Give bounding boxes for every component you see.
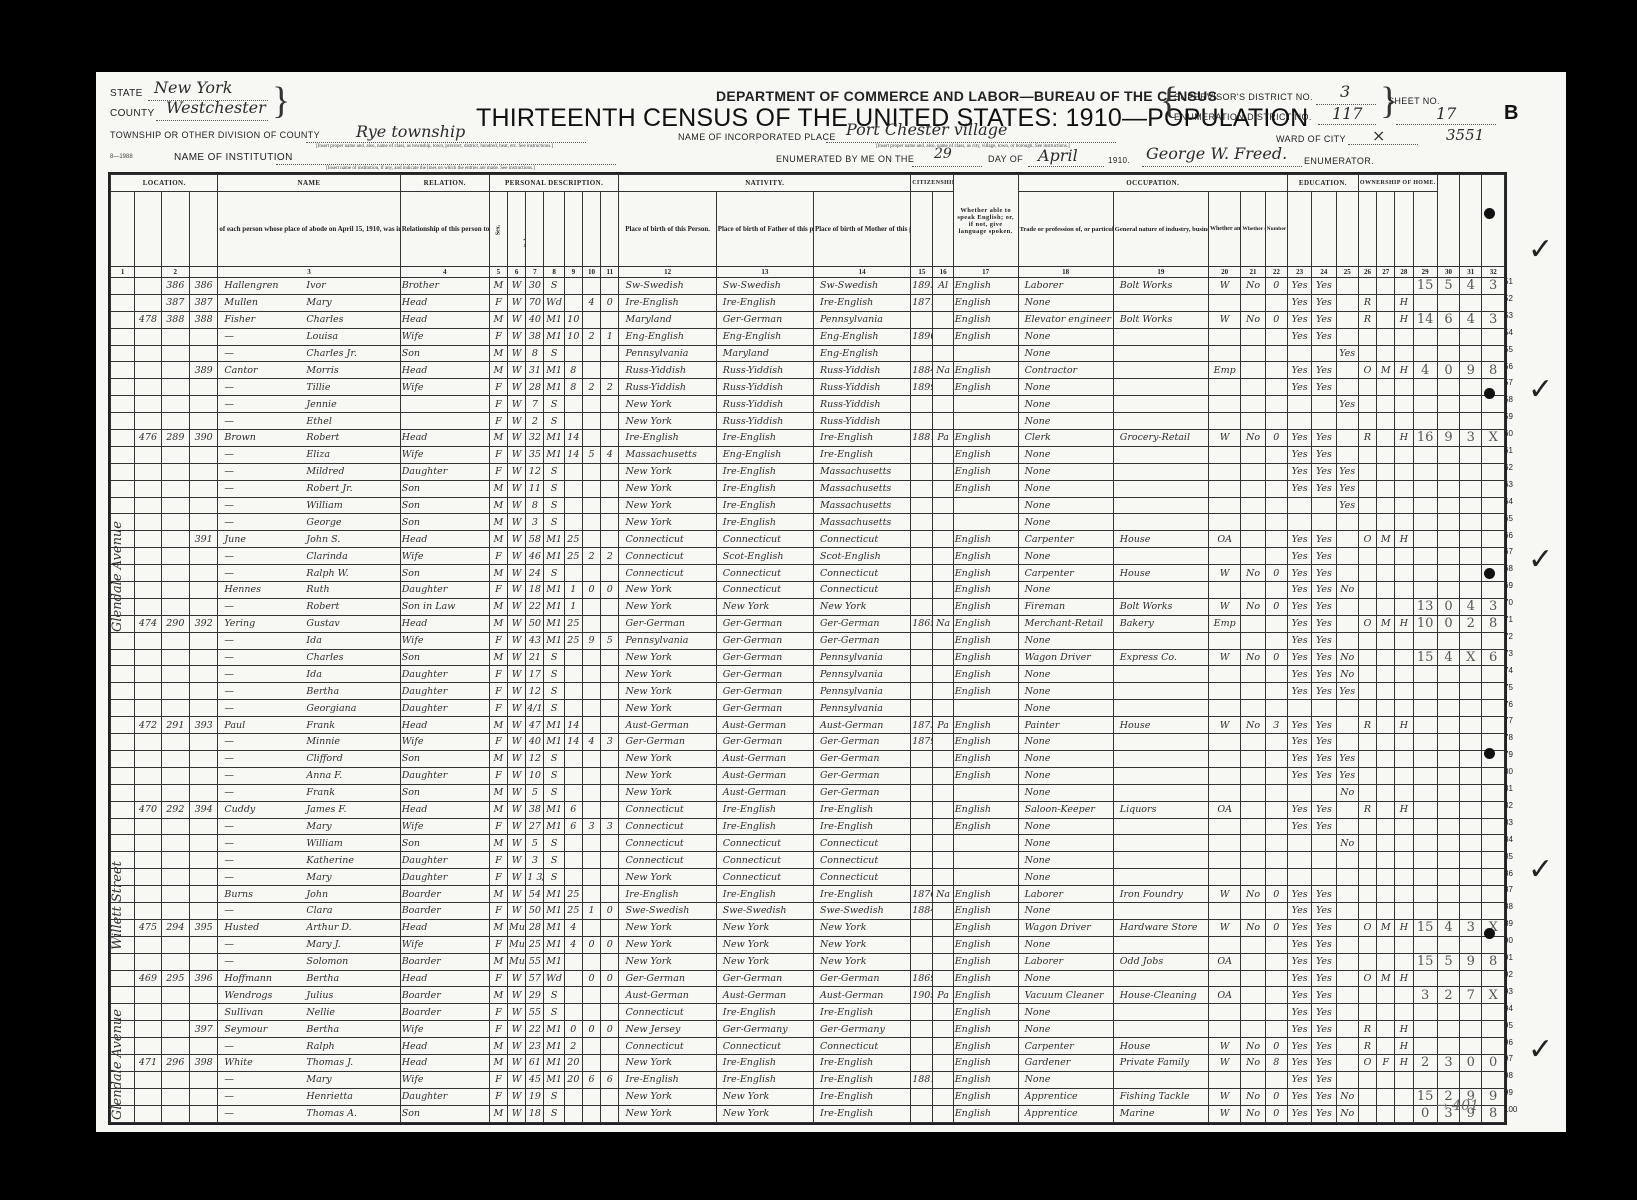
owned-rented-cell bbox=[1358, 328, 1376, 345]
code-cell: 6 bbox=[1437, 311, 1459, 328]
language-cell: English bbox=[953, 886, 1018, 903]
relation-cell: Wife bbox=[400, 379, 489, 396]
children-living-cell: 6 bbox=[601, 1071, 619, 1088]
surname: — bbox=[224, 787, 306, 798]
table-row: 469295396HoffmannBerthaHeadFW57Wd00Ger-G… bbox=[111, 970, 1505, 987]
relation-cell: Head bbox=[400, 531, 489, 548]
weeks-out-cell bbox=[1265, 869, 1287, 886]
code-cell bbox=[1437, 1004, 1459, 1021]
read-cell bbox=[1287, 852, 1311, 869]
relation-cell bbox=[400, 396, 489, 413]
naturalization-cell: Pa bbox=[933, 430, 953, 447]
street-cell bbox=[111, 767, 135, 784]
school-cell bbox=[1336, 970, 1358, 987]
given-name: Mary bbox=[306, 821, 331, 832]
free-mortgaged-cell bbox=[1377, 902, 1395, 919]
person-name-cell: —Mary bbox=[218, 818, 400, 835]
school-cell: Yes bbox=[1336, 683, 1358, 700]
children-born-cell bbox=[582, 615, 600, 632]
immigration-year-cell bbox=[911, 649, 933, 666]
write-cell: Yes bbox=[1312, 480, 1336, 497]
naturalization-cell bbox=[933, 953, 953, 970]
person-name-cell: —Ralph bbox=[218, 1038, 400, 1055]
school-cell bbox=[1336, 953, 1358, 970]
birthplace-cell: New York bbox=[619, 936, 716, 953]
father-birthplace-cell: Russ-Yiddish bbox=[716, 379, 813, 396]
children-living-cell bbox=[601, 767, 619, 784]
farm-house-cell: H bbox=[1395, 1054, 1413, 1071]
weeks-out-cell bbox=[1265, 531, 1287, 548]
house-number-cell bbox=[135, 750, 161, 767]
language-cell: English bbox=[953, 734, 1018, 751]
sex-cell: F bbox=[489, 1071, 507, 1088]
given-name: Anna F. bbox=[306, 770, 342, 781]
code-cell bbox=[1413, 784, 1437, 801]
naturalization-cell bbox=[933, 294, 953, 311]
code-cell bbox=[1482, 548, 1505, 565]
given-name: Charles Jr. bbox=[306, 348, 356, 359]
birthplace-cell: Ire-English bbox=[619, 430, 716, 447]
code-cell bbox=[1482, 463, 1505, 480]
dwelling-number-cell bbox=[161, 987, 189, 1004]
write-cell: Yes bbox=[1312, 953, 1336, 970]
header-street: Street, avenue, road, etc. bbox=[111, 192, 135, 267]
naturalization-cell bbox=[933, 936, 953, 953]
language-cell: English bbox=[953, 953, 1018, 970]
line-number: 89 bbox=[1504, 919, 1513, 928]
race-cell: W bbox=[508, 818, 526, 835]
mother-birthplace-cell: Ger-German bbox=[813, 615, 910, 632]
code-cell bbox=[1460, 396, 1482, 413]
relation-cell: Boarder bbox=[400, 886, 489, 903]
farm-house-cell: H bbox=[1395, 615, 1413, 632]
sex-cell: F bbox=[489, 700, 507, 717]
code-cell bbox=[1437, 1038, 1459, 1055]
table-row: —MaryDaughterFW1 3/12SNew YorkConnecticu… bbox=[111, 869, 1505, 886]
years-married-cell bbox=[564, 413, 582, 430]
naturalization-cell bbox=[933, 497, 953, 514]
naturalization-cell bbox=[933, 1038, 953, 1055]
father-birthplace-cell: New York bbox=[716, 953, 813, 970]
given-name: Tillie bbox=[306, 382, 330, 393]
years-married-cell: 20 bbox=[564, 1054, 582, 1071]
out-of-work-cell bbox=[1241, 750, 1265, 767]
marital-status-cell: M1 bbox=[544, 1021, 564, 1038]
relation-cell: Head bbox=[400, 362, 489, 379]
children-born-cell bbox=[582, 987, 600, 1004]
ward-label: Ward of city bbox=[1276, 134, 1346, 144]
relation-cell: Wife bbox=[400, 818, 489, 835]
read-cell: Yes bbox=[1287, 767, 1311, 784]
check-mark-icon: ✓ bbox=[1528, 542, 1553, 577]
column-number: 28 bbox=[1395, 267, 1413, 278]
birthplace-cell: Ger-German bbox=[619, 734, 716, 751]
out-of-work-cell: No bbox=[1241, 311, 1265, 328]
code-cell bbox=[1482, 413, 1505, 430]
language-cell bbox=[953, 869, 1018, 886]
enumerator-name: George W. Freed. bbox=[1146, 144, 1287, 163]
birthplace-cell: New Jersey bbox=[619, 1021, 716, 1038]
owned-rented-cell bbox=[1358, 632, 1376, 649]
house-number-cell bbox=[135, 446, 161, 463]
immigration-year-cell bbox=[911, 480, 933, 497]
line-number: 81 bbox=[1504, 784, 1513, 793]
line-number: 86 bbox=[1504, 869, 1513, 878]
read-cell: Yes bbox=[1287, 987, 1311, 1004]
weeks-out-cell: 0 bbox=[1265, 919, 1287, 936]
immigration-year-cell bbox=[911, 666, 933, 683]
out-of-work-cell bbox=[1241, 362, 1265, 379]
given-name: Louisa bbox=[306, 331, 338, 342]
children-living-cell bbox=[601, 598, 619, 615]
surname: Hennes bbox=[224, 584, 306, 595]
column-number: 20 bbox=[1208, 267, 1240, 278]
line-number: 61 bbox=[1504, 446, 1513, 455]
sex-cell: F bbox=[489, 970, 507, 987]
header-relation-desc: Relationship of this person to the head … bbox=[400, 192, 489, 267]
code-cell: 4 bbox=[1437, 919, 1459, 936]
given-name: Mary J. bbox=[306, 939, 340, 950]
age-cell: 30 bbox=[526, 278, 544, 295]
code-cell bbox=[1437, 835, 1459, 852]
trade-cell: None bbox=[1018, 869, 1113, 886]
dwelling-number-cell bbox=[161, 852, 189, 869]
birthplace-cell: New York bbox=[619, 666, 716, 683]
house-number-cell: 469 bbox=[135, 970, 161, 987]
children-born-cell bbox=[582, 717, 600, 734]
industry-cell bbox=[1113, 852, 1208, 869]
children-born-cell: 3 bbox=[582, 818, 600, 835]
language-cell: English bbox=[953, 598, 1018, 615]
read-cell: Yes bbox=[1287, 379, 1311, 396]
farm-house-cell bbox=[1395, 953, 1413, 970]
weeks-out-cell bbox=[1265, 446, 1287, 463]
owned-rented-cell bbox=[1358, 953, 1376, 970]
children-living-cell bbox=[601, 362, 619, 379]
father-birthplace-cell: Aust-German bbox=[716, 750, 813, 767]
line-number: 74 bbox=[1504, 666, 1513, 675]
relation-cell: Son bbox=[400, 497, 489, 514]
code-cell bbox=[1413, 294, 1437, 311]
line-number: 92 bbox=[1504, 970, 1513, 979]
weeks-out-cell: 0 bbox=[1265, 278, 1287, 295]
language-cell: English bbox=[953, 683, 1018, 700]
mother-birthplace-cell: Connecticut bbox=[813, 835, 910, 852]
father-birthplace-cell: Connecticut bbox=[716, 869, 813, 886]
given-name: Frank bbox=[306, 720, 335, 731]
employment-class-cell: OA bbox=[1208, 987, 1240, 1004]
sex-cell: M bbox=[489, 784, 507, 801]
code-cell bbox=[1482, 852, 1505, 869]
column-number: 14 bbox=[813, 267, 910, 278]
trade-cell: None bbox=[1018, 700, 1113, 717]
out-of-work-cell bbox=[1241, 294, 1265, 311]
birthplace-cell: Ire-English bbox=[619, 294, 716, 311]
mother-birthplace-cell: Connecticut bbox=[813, 852, 910, 869]
house-number-cell bbox=[135, 869, 161, 886]
read-cell: Yes bbox=[1287, 953, 1311, 970]
age-cell: 22 bbox=[526, 1021, 544, 1038]
header-age: Age at last birthday. bbox=[526, 192, 544, 267]
family-number-cell: 387 bbox=[189, 294, 217, 311]
write-cell: Yes bbox=[1312, 446, 1336, 463]
immigration-year-cell: 1905 bbox=[911, 987, 933, 1004]
code-cell bbox=[1413, 1021, 1437, 1038]
trade-cell: None bbox=[1018, 767, 1113, 784]
father-birthplace-cell: New York bbox=[716, 1088, 813, 1105]
father-birthplace-cell: Scot-English bbox=[716, 548, 813, 565]
relation-cell: Son in Law bbox=[400, 598, 489, 615]
house-number-cell bbox=[135, 886, 161, 903]
trade-cell: Clerk bbox=[1018, 430, 1113, 447]
children-living-cell bbox=[601, 1004, 619, 1021]
dwelling-number-cell: 290 bbox=[161, 615, 189, 632]
surname: June bbox=[224, 534, 306, 545]
owned-rented-cell bbox=[1358, 582, 1376, 599]
industry-cell bbox=[1113, 683, 1208, 700]
industry-cell bbox=[1113, 750, 1208, 767]
out-of-work-cell bbox=[1241, 818, 1265, 835]
dwelling-number-cell: 296 bbox=[161, 1054, 189, 1071]
person-name-cell: CantorMorris bbox=[218, 362, 400, 379]
code-cell bbox=[1460, 379, 1482, 396]
age-cell: 1 3/12 bbox=[526, 869, 544, 886]
given-name: Charles bbox=[306, 652, 343, 663]
header-read: Whether able to read. bbox=[1287, 192, 1311, 267]
free-mortgaged-cell bbox=[1377, 446, 1395, 463]
write-cell bbox=[1312, 869, 1336, 886]
read-cell: Yes bbox=[1287, 531, 1311, 548]
write-cell: Yes bbox=[1312, 311, 1336, 328]
column-number: 8 bbox=[544, 267, 564, 278]
race-cell: W bbox=[508, 1004, 526, 1021]
immigration-year-cell bbox=[911, 1088, 933, 1105]
language-cell bbox=[953, 700, 1018, 717]
years-married-cell: 14 bbox=[564, 446, 582, 463]
code-cell bbox=[1460, 294, 1482, 311]
free-mortgaged-cell bbox=[1377, 497, 1395, 514]
mother-birthplace-cell: Aust-German bbox=[813, 717, 910, 734]
given-name: Nellie bbox=[306, 1007, 335, 1018]
write-cell: Yes bbox=[1312, 683, 1336, 700]
immigration-year-cell bbox=[911, 801, 933, 818]
family-number-cell bbox=[189, 514, 217, 531]
given-name: John S. bbox=[306, 534, 340, 545]
header-blind: Whether blind (both eyes). bbox=[1460, 175, 1482, 267]
surname: — bbox=[224, 466, 306, 477]
weeks-out-cell: 0 bbox=[1265, 1038, 1287, 1055]
sex-cell: F bbox=[489, 548, 507, 565]
children-born-cell bbox=[582, 598, 600, 615]
table-row: —Mary J.WifeFMu25M1400New YorkNew YorkNe… bbox=[111, 936, 1505, 953]
column-number: 13 bbox=[716, 267, 813, 278]
children-born-cell: 0 bbox=[582, 1021, 600, 1038]
race-cell: W bbox=[508, 328, 526, 345]
sex-cell: M bbox=[489, 345, 507, 362]
industry-cell: Fishing Tackle bbox=[1113, 1088, 1208, 1105]
mother-birthplace-cell: Pennsylvania bbox=[813, 666, 910, 683]
language-cell: English bbox=[953, 666, 1018, 683]
language-cell bbox=[953, 852, 1018, 869]
children-born-cell: 2 bbox=[582, 328, 600, 345]
punch-hole bbox=[1484, 388, 1495, 399]
census-table: LOCATION. NAME RELATION. PERSONAL DESCRI… bbox=[110, 174, 1505, 1123]
employment-class-cell bbox=[1208, 328, 1240, 345]
school-cell bbox=[1336, 362, 1358, 379]
institution-note: [Insert name of institution, if any, and… bbox=[326, 166, 535, 171]
naturalization-cell: Al bbox=[933, 278, 953, 295]
years-married-cell bbox=[564, 750, 582, 767]
house-number-cell bbox=[135, 497, 161, 514]
table-row: 471296398WhiteThomas J.HeadMW61M120New Y… bbox=[111, 1054, 1505, 1071]
trade-cell: None bbox=[1018, 683, 1113, 700]
given-name: Ivor bbox=[306, 280, 325, 291]
school-cell bbox=[1336, 1038, 1358, 1055]
weeks-out-cell bbox=[1265, 294, 1287, 311]
code-cell bbox=[1437, 936, 1459, 953]
column-number: 7 bbox=[526, 267, 544, 278]
relation-cell: Daughter bbox=[400, 1088, 489, 1105]
language-cell: English bbox=[953, 1088, 1018, 1105]
dwelling-number-cell: 289 bbox=[161, 430, 189, 447]
code-cell: 9 bbox=[1482, 1088, 1505, 1105]
code-cell bbox=[1413, 869, 1437, 886]
surname: — bbox=[224, 939, 306, 950]
house-number-cell bbox=[135, 294, 161, 311]
school-cell bbox=[1336, 514, 1358, 531]
farm-house-cell: H bbox=[1395, 1038, 1413, 1055]
write-cell: Yes bbox=[1312, 801, 1336, 818]
school-cell: Yes bbox=[1336, 750, 1358, 767]
father-birthplace-cell: Ire-English bbox=[716, 480, 813, 497]
out-of-work-cell: No bbox=[1241, 1088, 1265, 1105]
read-cell bbox=[1287, 835, 1311, 852]
read-cell: Yes bbox=[1287, 734, 1311, 751]
years-married-cell: 8 bbox=[564, 362, 582, 379]
industry-cell: House bbox=[1113, 1038, 1208, 1055]
write-cell: Yes bbox=[1312, 750, 1336, 767]
children-living-cell: 0 bbox=[601, 1021, 619, 1038]
table-row: —IdaDaughterFW17SNew YorkGer-GermanPenns… bbox=[111, 666, 1505, 683]
immigration-year-cell: 1865 bbox=[911, 615, 933, 632]
sex-cell: F bbox=[489, 1021, 507, 1038]
street-cell bbox=[111, 970, 135, 987]
children-living-cell bbox=[601, 717, 619, 734]
surname: — bbox=[224, 1041, 306, 1052]
sex-cell: F bbox=[489, 869, 507, 886]
owned-rented-cell: R bbox=[1358, 717, 1376, 734]
code-cell bbox=[1482, 717, 1505, 734]
line-number: 64 bbox=[1504, 497, 1513, 506]
age-cell: 45 bbox=[526, 1071, 544, 1088]
code-cell bbox=[1460, 1071, 1482, 1088]
years-married-cell: 14 bbox=[564, 717, 582, 734]
relation-cell: Son bbox=[400, 1105, 489, 1122]
owned-rented-cell bbox=[1358, 480, 1376, 497]
age-cell: 11 bbox=[526, 480, 544, 497]
code-cell bbox=[1413, 446, 1437, 463]
mother-birthplace-cell: Ire-English bbox=[813, 430, 910, 447]
code-cell bbox=[1413, 683, 1437, 700]
surname: — bbox=[224, 483, 306, 494]
children-born-cell bbox=[582, 666, 600, 683]
mother-birthplace-cell: Ire-English bbox=[813, 446, 910, 463]
marital-status-cell: S bbox=[544, 683, 564, 700]
children-living-cell: 3 bbox=[601, 734, 619, 751]
years-married-cell: 1 bbox=[564, 598, 582, 615]
free-mortgaged-cell bbox=[1377, 1071, 1395, 1088]
family-number-cell bbox=[189, 1038, 217, 1055]
naturalization-cell bbox=[933, 379, 953, 396]
race-cell: W bbox=[508, 1105, 526, 1122]
naturalization-cell bbox=[933, 345, 953, 362]
mother-birthplace-cell: Ire-English bbox=[813, 294, 910, 311]
write-cell: Yes bbox=[1312, 1054, 1336, 1071]
read-cell: Yes bbox=[1287, 362, 1311, 379]
years-married-cell: 25 bbox=[564, 548, 582, 565]
children-living-cell bbox=[601, 1105, 619, 1122]
person-name-cell: —Tillie bbox=[218, 379, 400, 396]
farm-house-cell: H bbox=[1395, 531, 1413, 548]
age-cell: 10 bbox=[526, 767, 544, 784]
marital-status-cell: M1 bbox=[544, 379, 564, 396]
mother-birthplace-cell: Sw-Swedish bbox=[813, 278, 910, 295]
school-cell bbox=[1336, 446, 1358, 463]
mother-birthplace-cell: Ger-German bbox=[813, 750, 910, 767]
farm-house-cell bbox=[1395, 379, 1413, 396]
farm-house-cell bbox=[1395, 1004, 1413, 1021]
surname: Husted bbox=[224, 922, 306, 933]
marital-status-cell: S bbox=[544, 666, 564, 683]
language-cell: English bbox=[953, 446, 1018, 463]
mother-birthplace-cell: Russ-Yiddish bbox=[813, 413, 910, 430]
code-cell bbox=[1437, 970, 1459, 987]
code-cell: 8 bbox=[1482, 362, 1505, 379]
free-mortgaged-cell bbox=[1377, 514, 1395, 531]
relation-cell: Head bbox=[400, 430, 489, 447]
free-mortgaged-cell bbox=[1377, 987, 1395, 1004]
code-cell bbox=[1482, 1071, 1505, 1088]
code-cell bbox=[1460, 345, 1482, 362]
sex-cell: F bbox=[489, 379, 507, 396]
house-number-cell bbox=[135, 1021, 161, 1038]
person-name-cell: —Mary bbox=[218, 1071, 400, 1088]
table-row: —ClarindaWifeFW46M12522ConnecticutScot-E… bbox=[111, 548, 1505, 565]
table-row: —Thomas A.SonMW18SNew YorkNew YorkIre-En… bbox=[111, 1105, 1505, 1122]
read-cell bbox=[1287, 514, 1311, 531]
naturalization-cell bbox=[933, 784, 953, 801]
read-cell: Yes bbox=[1287, 615, 1311, 632]
table-row: —Ralph W.SonMW24SConnecticutConnecticutC… bbox=[111, 565, 1505, 582]
naturalization-cell bbox=[933, 565, 953, 582]
marital-status-cell: M1 bbox=[544, 919, 564, 936]
age-cell: 57 bbox=[526, 970, 544, 987]
read-cell: Yes bbox=[1287, 311, 1311, 328]
code-cell bbox=[1437, 784, 1459, 801]
father-birthplace-cell: Russ-Yiddish bbox=[716, 362, 813, 379]
code-cell: 2 bbox=[1460, 615, 1482, 632]
line-number: 62 bbox=[1504, 463, 1513, 472]
house-number-cell bbox=[135, 582, 161, 599]
language-cell: English bbox=[953, 936, 1018, 953]
header-employer: Whether an employer, employee, or workin… bbox=[1208, 192, 1240, 267]
industry-cell bbox=[1113, 902, 1208, 919]
mother-birthplace-cell: New York bbox=[813, 919, 910, 936]
column-number: 24 bbox=[1312, 267, 1336, 278]
surname: Hoffmann bbox=[224, 973, 306, 984]
table-row: 391JuneJohn S.HeadMW58M125ConnecticutCon… bbox=[111, 531, 1505, 548]
write-cell: Yes bbox=[1312, 632, 1336, 649]
